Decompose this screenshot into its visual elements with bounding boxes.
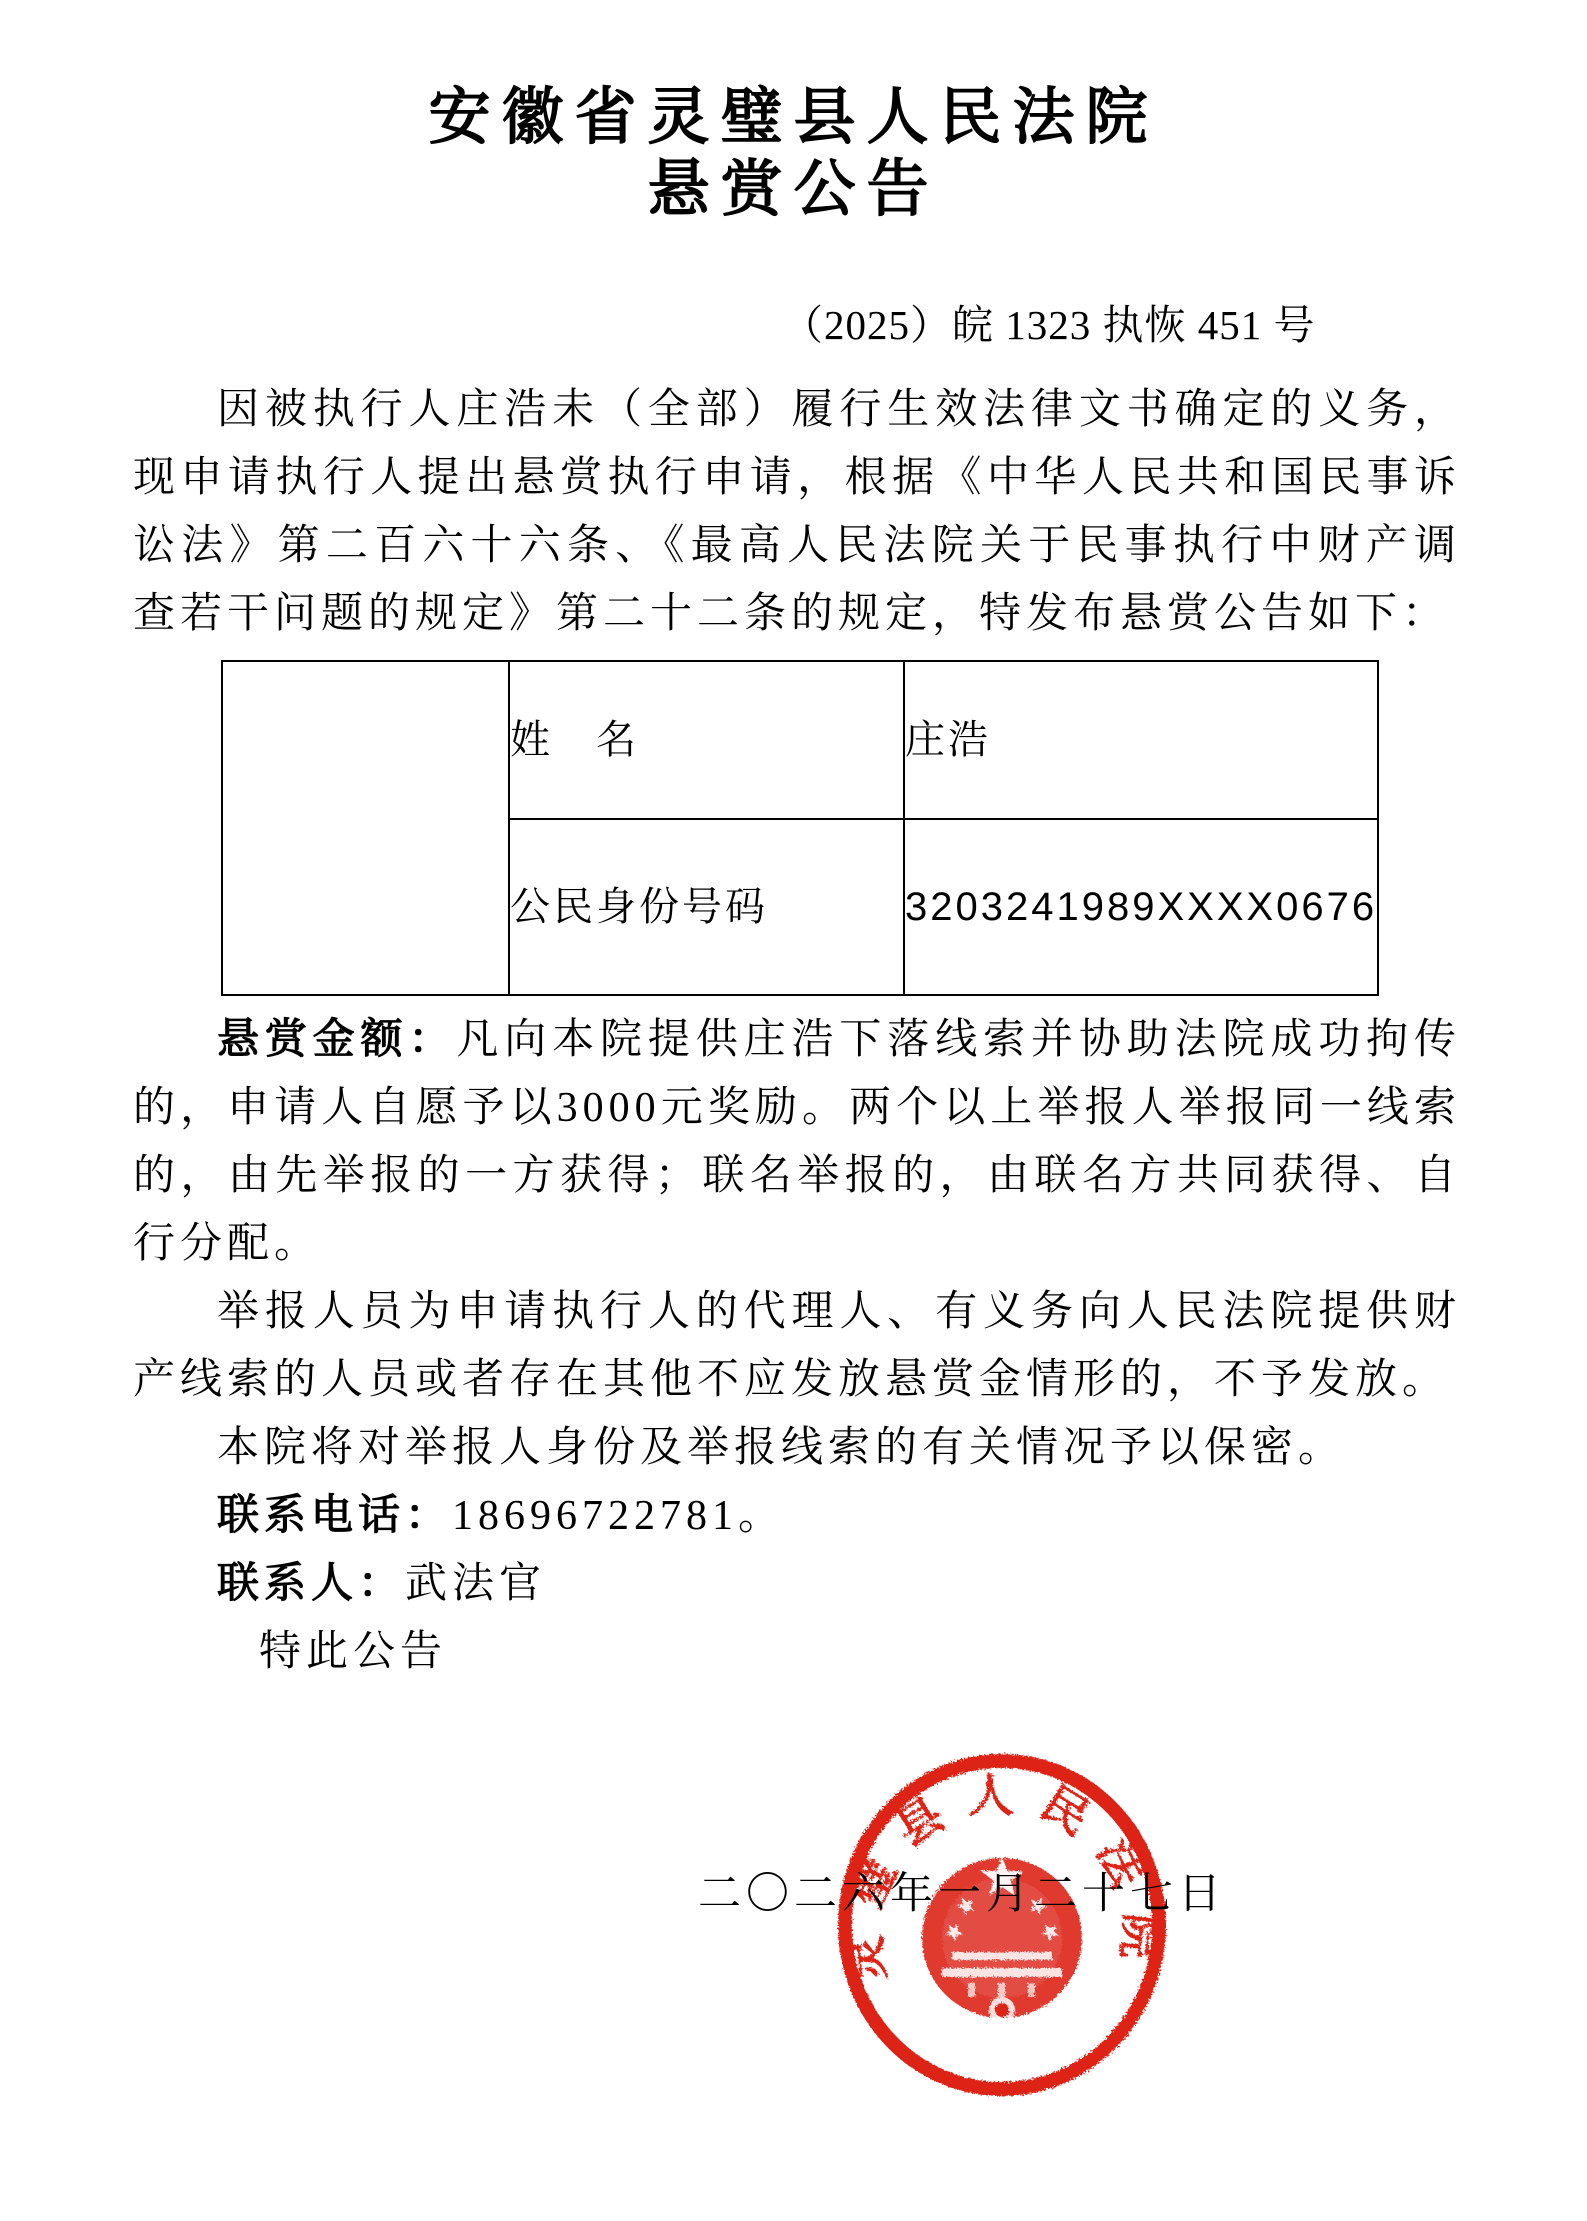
contact-phone-number: 18696722781。 — [452, 1493, 785, 1539]
document-body: 因被执行人庄浩未（全部）履行生效法律文书确定的义务，现申请执行人提出悬赏执行申请… — [133, 376, 1461, 1686]
reward-amount-label: 悬赏金额： — [217, 1017, 456, 1063]
photo-cell — [222, 661, 509, 995]
table-row: 姓 名 庄浩 — [222, 661, 1378, 819]
contact-person-label: 联系人： — [217, 1561, 405, 1607]
title-notice-type: 悬赏公告 — [0, 154, 1587, 226]
document-title: 安徽省灵璧县人民法院 悬赏公告 — [0, 82, 1587, 226]
announcement-page: 安徽省灵璧县人民法院 悬赏公告 （2025）皖 1323 执恢 451 号 因被… — [0, 0, 1587, 2221]
id-value-cell: 3203241989XXXX0676 — [904, 819, 1378, 995]
person-info-table: 姓 名 庄浩 公民身份号码 3203241989XXXX0676 — [221, 660, 1379, 996]
emblem-gate-roof — [952, 1952, 1052, 1960]
emblem-gate-column — [968, 1983, 975, 1997]
emblem-cog-icon — [989, 1997, 1015, 2023]
emblem-gate-column — [998, 1983, 1005, 1997]
contact-phone-line: 联系电话：18696722781。 — [133, 1482, 1461, 1550]
closing-statement-text: 特此公告 — [259, 1629, 447, 1675]
paragraph-intro-text: 因被执行人庄浩未（全部）履行生效法律文书确定的义务，现申请执行人提出悬赏执行申请… — [133, 387, 1461, 637]
paragraph-exclusion: 举报人员为申请执行人的代理人、有义务向人民法院提供财产线索的人员或者存在其他不应… — [133, 1278, 1461, 1414]
title-court-name: 安徽省灵璧县人民法院 — [0, 82, 1587, 154]
issue-date: 二〇二六年一月二十七日 — [698, 1860, 1226, 1921]
id-label-cell: 公民身份号码 — [509, 819, 904, 995]
emblem-gate-band — [942, 1968, 1062, 1977]
paragraph-reward: 悬赏金额：凡向本院提供庄浩下落线索并协助法院成功拘传的，申请人自愿予以3000元… — [133, 1006, 1461, 1278]
emblem-small-star-icon — [941, 1919, 965, 1943]
paragraph-confidentiality-text: 本院将对举报人身份及举报线索的有关情况予以保密。 — [217, 1425, 1345, 1471]
paragraph-confidentiality: 本院将对举报人身份及举报线索的有关情况予以保密。 — [133, 1414, 1461, 1482]
contact-phone-label: 联系电话： — [217, 1493, 452, 1539]
emblem-cog-center — [995, 2003, 1009, 2017]
closing-statement: 特此公告 — [133, 1618, 1461, 1686]
paragraph-intro: 因被执行人庄浩未（全部）履行生效法律文书确定的义务，现申请执行人提出悬赏执行申请… — [133, 376, 1461, 648]
emblem-small-star-icon — [1038, 1919, 1062, 1943]
court-seal: 灵璧县人民法院 — [830, 1750, 1174, 2100]
contact-person-name: 武法官 — [405, 1561, 546, 1607]
name-value-cell: 庄浩 — [904, 661, 1378, 819]
emblem-gate-column — [1028, 1983, 1035, 1997]
contact-person-line: 联系人：武法官 — [133, 1550, 1461, 1618]
name-label-cell: 姓 名 — [509, 661, 904, 819]
paragraph-exclusion-text: 举报人员为申请执行人的代理人、有义务向人民法院提供财产线索的人员或者存在其他不应… — [133, 1289, 1461, 1403]
case-number: （2025）皖 1323 执恢 451 号 — [782, 292, 1316, 351]
seal-ring — [845, 1761, 1159, 2089]
